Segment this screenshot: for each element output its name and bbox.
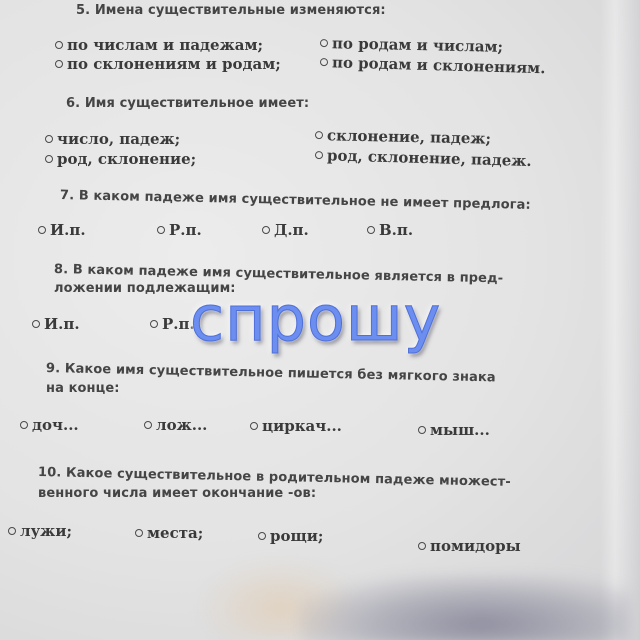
radio-icon[interactable] <box>38 226 46 234</box>
q7-option-3[interactable]: Д.п. <box>262 221 309 239</box>
radio-icon[interactable] <box>8 527 16 535</box>
q9-option-1[interactable]: доч... <box>20 416 79 434</box>
q10-option-1[interactable]: лужи; <box>8 522 72 540</box>
q8-option-1[interactable]: И.п. <box>32 315 80 333</box>
radio-icon[interactable] <box>367 226 375 234</box>
question-number: 5. <box>76 3 90 18</box>
q7-option-4[interactable]: В.п. <box>367 221 413 239</box>
option-label: род, склонение; <box>57 150 196 168</box>
q5-option-1[interactable]: по числам и падежам; <box>55 36 263 54</box>
q7-option-2[interactable]: Р.п. <box>157 221 202 239</box>
q7-option-1[interactable]: И.п. <box>38 221 86 239</box>
q10-option-3[interactable]: рощи; <box>258 527 323 545</box>
q6-option-1[interactable]: число, падеж; <box>45 130 180 148</box>
radio-icon[interactable] <box>20 421 28 429</box>
radio-icon[interactable] <box>135 529 143 537</box>
page-shadow <box>300 575 630 640</box>
option-label: число, падеж; <box>57 130 180 148</box>
q5-option-3[interactable]: по склонениям и родам; <box>55 55 281 73</box>
option-label: Р.п. <box>169 221 202 239</box>
radio-icon[interactable] <box>320 39 328 47</box>
option-label: И.п. <box>44 315 80 333</box>
radio-icon[interactable] <box>262 226 270 234</box>
radio-icon[interactable] <box>250 422 258 430</box>
question-text: Имя существительное имеет: <box>85 96 309 111</box>
q10-option-4[interactable]: помидоры <box>418 537 521 555</box>
option-label: В.п. <box>379 221 413 239</box>
option-label: доч... <box>32 416 79 434</box>
radio-icon[interactable] <box>55 41 63 49</box>
radio-icon[interactable] <box>55 60 63 68</box>
question-5-title: 5. Имена существительные изменяются: <box>76 3 386 18</box>
radio-icon[interactable] <box>315 131 323 139</box>
question-10-title-line2: венного числа имеет окончание -ов: <box>38 486 316 501</box>
option-label: помидоры <box>430 537 521 555</box>
question-6-title: 6. Имя существительное имеет: <box>66 96 309 111</box>
question-text: на конце: <box>46 381 120 396</box>
question-number: 6. <box>66 96 80 111</box>
option-label: Д.п. <box>274 221 309 239</box>
q6-option-2[interactable]: склонение, падеж; <box>315 126 491 148</box>
radio-icon[interactable] <box>320 58 328 66</box>
option-label: лужи; <box>20 522 72 540</box>
radio-icon[interactable] <box>45 135 53 143</box>
q10-option-2[interactable]: места; <box>135 524 203 542</box>
option-label: по родам и числам; <box>332 34 503 56</box>
option-label: рощи; <box>270 527 323 545</box>
radio-icon[interactable] <box>315 151 323 159</box>
option-label: по числам и падежам; <box>67 36 263 54</box>
option-label: И.п. <box>50 221 86 239</box>
overlay-caption: спрошу <box>190 288 441 350</box>
question-text: венного числа имеет окончание -ов: <box>38 486 316 501</box>
radio-icon[interactable] <box>418 542 426 550</box>
radio-icon[interactable] <box>150 320 158 328</box>
question-number: 7. <box>60 188 74 203</box>
q9-option-4[interactable]: мыш... <box>418 421 490 439</box>
q9-option-2[interactable]: лож... <box>144 416 207 434</box>
question-9-title-line2: на конце: <box>46 381 120 396</box>
q8-option-2[interactable]: Р.п. <box>150 315 195 333</box>
radio-icon[interactable] <box>45 155 53 163</box>
question-number: 8. <box>54 262 68 277</box>
q6-option-3[interactable]: род, склонение; <box>45 150 196 168</box>
radio-icon[interactable] <box>144 421 152 429</box>
radio-icon[interactable] <box>418 426 426 434</box>
option-label: лож... <box>156 416 207 434</box>
radio-icon[interactable] <box>258 532 266 540</box>
q5-option-2[interactable]: по родам и числам; <box>320 34 503 56</box>
radio-icon[interactable] <box>157 226 165 234</box>
radio-icon[interactable] <box>32 320 40 328</box>
q9-option-3[interactable]: циркач... <box>250 417 342 435</box>
option-label: склонение, падеж; <box>327 126 491 147</box>
option-label: мыш... <box>430 421 490 439</box>
question-text: Имена существительные изменяются: <box>95 3 386 18</box>
question-number: 10. <box>38 465 62 480</box>
option-label: места; <box>147 524 203 542</box>
question-number: 9. <box>46 361 60 376</box>
option-label: циркач... <box>262 417 342 435</box>
option-label: по склонениям и родам; <box>67 55 281 73</box>
